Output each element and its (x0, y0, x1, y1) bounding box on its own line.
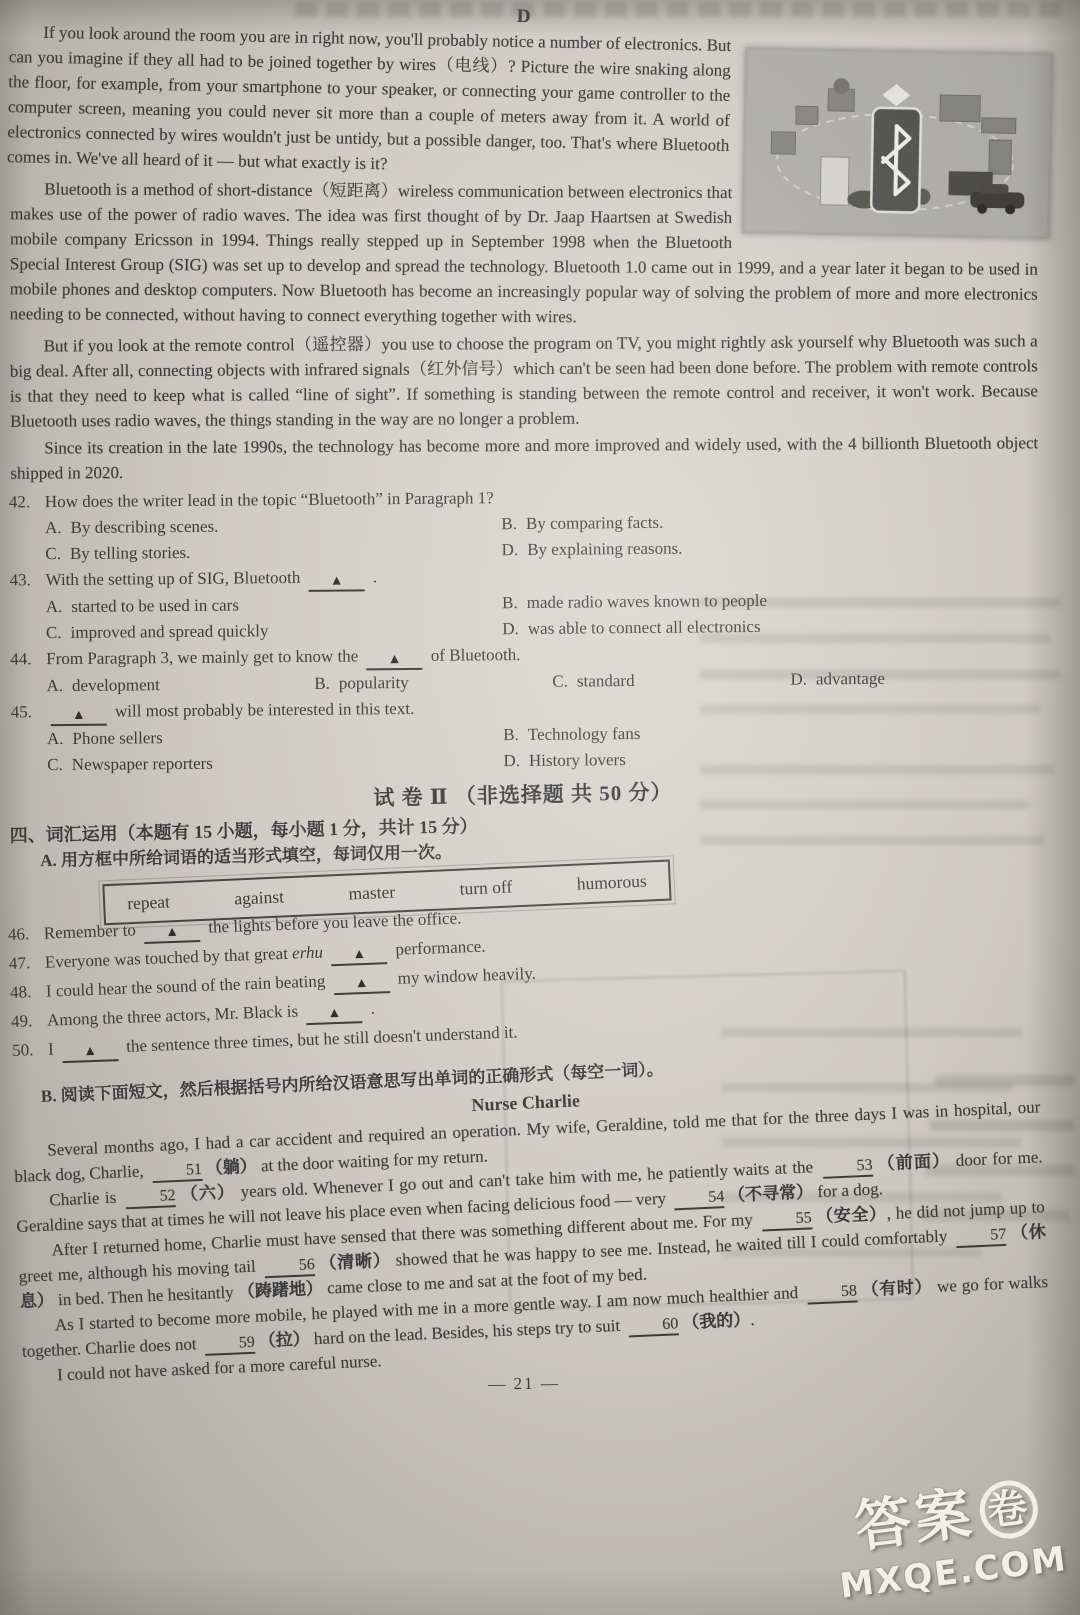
question-number: 42. (9, 489, 45, 515)
question-number: 43. (9, 567, 45, 594)
chinese-hint: （前面） (876, 1151, 951, 1173)
answer-blank-54: 54 (674, 1188, 725, 1210)
chinese-hint: （拉） (258, 1329, 310, 1350)
question-number: 48. (9, 977, 46, 1007)
reading-paragraph-2: Bluetooth is a method of short-distance（… (10, 176, 1039, 331)
option-A: A.By describing scenes. (45, 511, 502, 541)
chinese-hint: （有时） (861, 1277, 933, 1299)
chinese-hint: （清晰） (318, 1251, 391, 1273)
option-C: C.By telling stories. (45, 537, 502, 567)
question-number: 50. (12, 1035, 49, 1065)
word-bank-item: turn off (459, 876, 513, 899)
reading-section: D (7, 0, 1038, 189)
chinese-hint: （我的） (682, 1310, 751, 1332)
answer-blank-52: 52 (125, 1187, 176, 1209)
question-number: 47. (8, 948, 45, 978)
answer-blank-51: 51 (152, 1161, 203, 1183)
chinese-hint: （踌躇地） (238, 1279, 324, 1302)
answer-blank: ▲ (367, 652, 423, 670)
answer-blank-57: 57 (956, 1226, 1007, 1248)
question-45: 45. ▲ will most probably be interested i… (11, 691, 1040, 779)
multiple-choice-questions: 42. How does the writer lead in the topi… (9, 481, 1039, 779)
question-number: 46. (7, 919, 44, 949)
answer-blank-53: 53 (822, 1157, 873, 1179)
question-options: A.By describing scenes.B.By comparing fa… (9, 507, 1037, 568)
answer-blank-58: 58 (807, 1282, 858, 1304)
word-bank-item: humorous (576, 871, 647, 895)
answer-blank: ▲ (309, 573, 365, 591)
chinese-hint: （安全） (815, 1204, 887, 1226)
answer-blank-60: 60 (628, 1315, 679, 1337)
option-C: C.standard (552, 667, 790, 695)
reading-paragraph-4: Since its creation in the late 1990s, th… (10, 430, 1038, 485)
chinese-hint: （六） (179, 1182, 235, 1203)
answer-blank: ▲ (331, 946, 388, 966)
answer-blank: ▲ (51, 708, 107, 726)
word-bank-item: repeat (127, 891, 171, 914)
watermark-circle-badge: 卷 (977, 1477, 1042, 1542)
question-43: 43. With the setting up of SIG, Bluetoot… (9, 559, 1038, 647)
word-bank-item: master (348, 882, 396, 905)
answer-blank: ▲ (144, 924, 201, 944)
option-A: A.Phone sellers (47, 722, 504, 752)
answer-blank-59: 59 (204, 1334, 255, 1356)
chinese-hint: （不寻常） (728, 1182, 814, 1205)
option-D: D.History lovers (503, 744, 1039, 775)
question-42: 42. How does the writer lead in the topi… (9, 481, 1038, 568)
watermark-site: MXQE.COM (838, 1539, 1070, 1607)
exam-page: D (0, 0, 1080, 1394)
italic-text: erhu (292, 943, 324, 963)
answer-blank: ▲ (333, 975, 390, 995)
question-options: A.started to be used in carsB.made radio… (10, 586, 1038, 647)
answer-blank: ▲ (306, 1005, 363, 1025)
question-options: A.Phone sellersB.Technology fansC.Newspa… (11, 718, 1039, 779)
chinese-hint: （躺） (205, 1157, 257, 1178)
question-number: 45. (11, 699, 47, 726)
option-A: A.started to be used in cars (46, 590, 503, 620)
word-bank-item: against (234, 886, 284, 909)
answer-blank-55: 55 (761, 1209, 812, 1231)
option-D: D.advantage (790, 665, 1038, 693)
option-A: A.development (46, 671, 314, 699)
answer-blank-56: 56 (264, 1256, 315, 1278)
watermark-brand: 答案卷 (829, 1471, 1064, 1562)
question-44: 44. From Paragraph 3, we mainly get to k… (10, 638, 1038, 700)
option-C: C.Newspaper reporters (47, 748, 504, 778)
answer-blank: ▲ (62, 1043, 119, 1063)
question-number: 49. (11, 1006, 48, 1036)
cloze-section: B. 阅读下面短文，然后根据括号内所给汉语意思写出单词的正确形式（每空一词）。 … (10, 1041, 1050, 1389)
reading-paragraph-3: But if you look at the remote control（遥控… (10, 328, 1039, 433)
question-number: 44. (10, 646, 46, 673)
watermark: 答案卷 MXQE.COM (829, 1471, 1069, 1606)
option-C: C.improved and spread quickly (46, 616, 503, 646)
option-B: B.popularity (314, 669, 552, 697)
